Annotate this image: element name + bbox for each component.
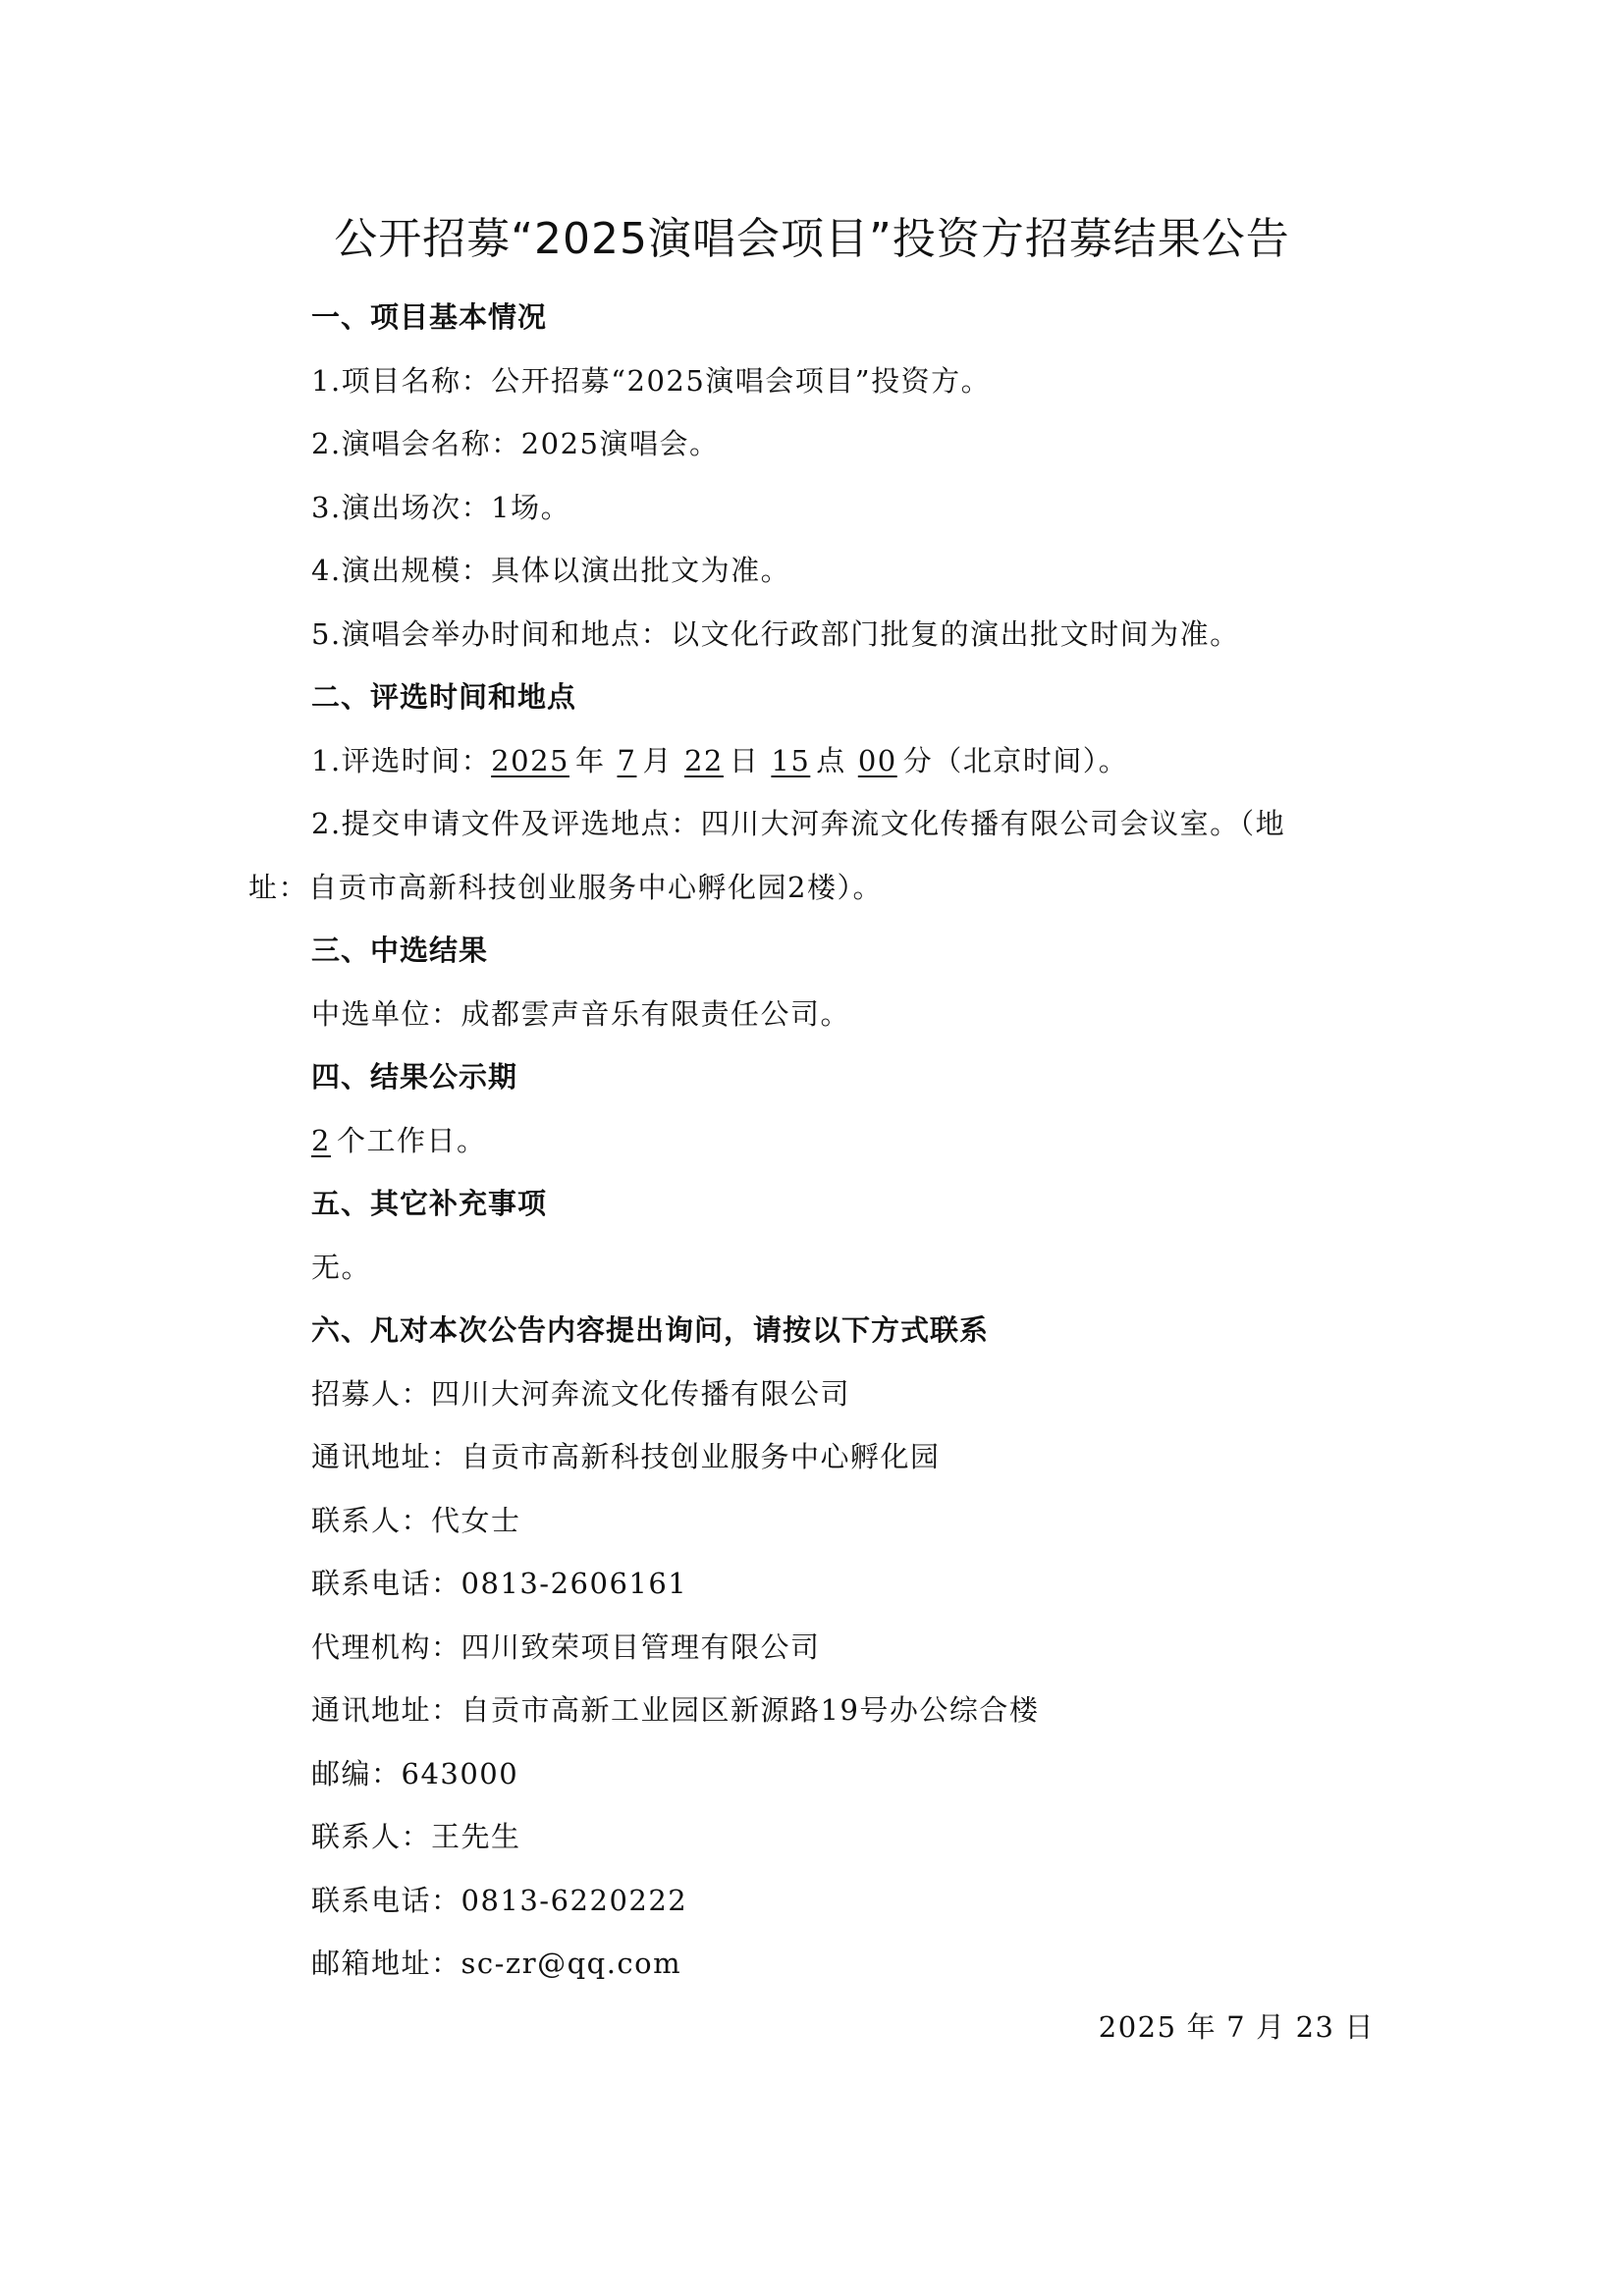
publicity-days: 2	[311, 1124, 337, 1157]
recruiter-phone-line: 联系电话：0813-2606161	[248, 1552, 1375, 1616]
recruiter-line: 招募人：四川大河奔流文化传播有限公司	[248, 1362, 1375, 1426]
document-title: 公开招募“2025演唱会项目”投资方招募结果公告	[0, 210, 1624, 269]
date-month: 7	[1226, 2010, 1256, 2044]
section-heading-publicity-period: 四、结果公示期	[248, 1045, 1375, 1109]
evaluation-location-continuation: 址：自贡市高新科技创业服务中心孵化园2楼）。	[248, 856, 1375, 920]
agency-postcode-line: 邮编：643000	[248, 1742, 1375, 1806]
date-year-unit: 年	[1187, 2010, 1227, 2044]
recruiter-contact-line: 联系人：代女士	[248, 1489, 1375, 1553]
evaluation-time-label: 1.评选时间：	[311, 744, 491, 777]
evaluation-minute: 00	[858, 744, 903, 777]
evaluation-month: 7	[618, 744, 643, 777]
publicity-period-line: 2个工作日。	[248, 1109, 1375, 1173]
evaluation-day: 22	[684, 744, 730, 777]
supplementary-line: 无。	[248, 1236, 1375, 1300]
section-heading-supplementary: 五、其它补充事项	[248, 1172, 1375, 1236]
date-day: 23	[1296, 2010, 1345, 2044]
evaluation-location-line: 2.提交申请文件及评选地点：四川大河奔流文化传播有限公司会议室。（地	[248, 792, 1375, 856]
evaluation-hour: 15	[771, 744, 816, 777]
project-name-line: 1.项目名称：公开招募“2025演唱会项目”投资方。	[248, 349, 1375, 413]
hour-unit: 点	[816, 744, 846, 777]
section-heading-result: 三、中选结果	[248, 919, 1375, 983]
minute-unit: 分	[903, 744, 934, 777]
year-unit: 年	[575, 744, 606, 777]
concert-time-place-line: 5.演唱会举办时间和地点：以文化行政部门批复的演出批文时间为准。	[248, 603, 1375, 667]
agency-line: 代理机构：四川致荣项目管理有限公司	[248, 1616, 1375, 1680]
section-heading-basic-info: 一、项目基本情况	[248, 286, 1375, 349]
agency-phone-line: 联系电话：0813-6220222	[248, 1869, 1375, 1933]
concert-name-line: 2.演唱会名称：2025演唱会。	[248, 412, 1375, 476]
date-day-unit: 日	[1344, 2010, 1375, 2044]
section-heading-contact: 六、凡对本次公告内容提出询问，请按以下方式联系	[248, 1299, 1375, 1362]
agency-email-line: 邮箱地址：sc-zr@qq.com	[248, 1932, 1375, 1996]
agency-contact-line: 联系人：王先生	[248, 1805, 1375, 1869]
publicity-days-unit: 个工作日。	[337, 1124, 487, 1157]
day-unit: 日	[730, 744, 760, 777]
performance-count-line: 3.演出场次：1场。	[248, 476, 1375, 540]
announcement-date: 2025年7月23日	[1099, 1996, 1375, 2059]
evaluation-time-line: 1.评选时间：2025年7月22日15点00分（北京时间）。	[248, 729, 1375, 793]
date-month-unit: 月	[1256, 2010, 1296, 2044]
evaluation-year: 2025	[491, 744, 575, 777]
recruiter-address-line: 通讯地址：自贡市高新科技创业服务中心孵化园	[248, 1425, 1375, 1489]
document-page: 公开招募“2025演唱会项目”投资方招募结果公告 一、项目基本情况 1.项目名称…	[0, 0, 1624, 2296]
document-body: 一、项目基本情况 1.项目名称：公开招募“2025演唱会项目”投资方。 2.演唱…	[248, 286, 1375, 1996]
selected-unit-line: 中选单位：成都雲声音乐有限责任公司。	[248, 983, 1375, 1046]
month-unit: 月	[642, 744, 673, 777]
agency-address-line: 通讯地址：自贡市高新工业园区新源路19号办公综合楼	[248, 1679, 1375, 1742]
section-heading-evaluation: 二、评选时间和地点	[248, 666, 1375, 729]
performance-scale-line: 4.演出规模：具体以演出批文为准。	[248, 539, 1375, 603]
date-year: 2025	[1099, 2010, 1187, 2044]
timezone-note: （北京时间）。	[933, 744, 1128, 777]
